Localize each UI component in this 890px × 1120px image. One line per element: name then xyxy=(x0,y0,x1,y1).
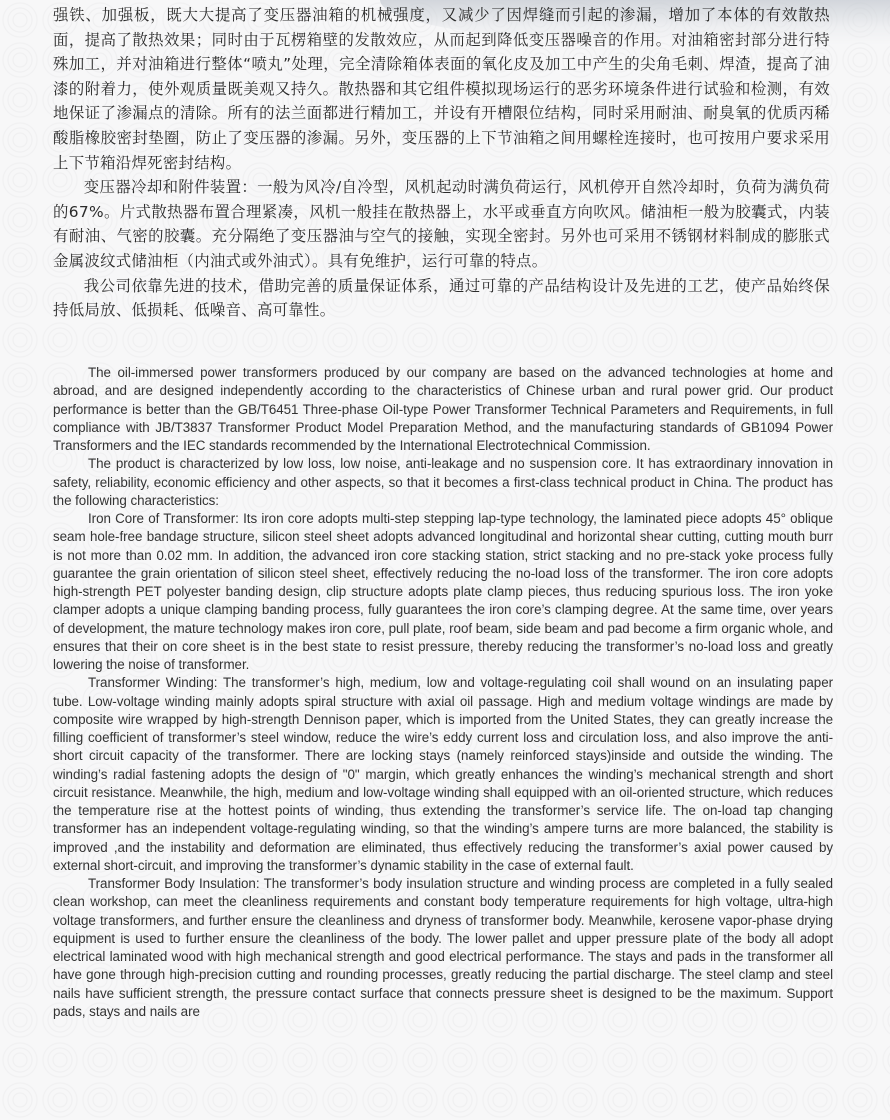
english-section: The oil-immersed power transformers prod… xyxy=(53,364,833,1021)
en-paragraph-iron-core: Iron Core of Transformer: Its iron core … xyxy=(53,510,833,674)
en-paragraph-body-insulation: Transformer Body Insulation: The transfo… xyxy=(53,875,833,1021)
en-paragraph-introduction: The oil-immersed power transformers prod… xyxy=(53,364,833,455)
cn-paragraph-company-quality: 我公司依靠先进的技术，借助完善的质量保证体系，通过可靠的产品结构设计及先进的工艺… xyxy=(53,274,830,323)
cn-paragraph-tank-structure: 强铁、加强板，既大大提高了变压器油箱的机械强度，又减少了因焊缝而引起的渗漏，增加… xyxy=(53,0,830,175)
cn-paragraph-cooling-accessories: 变压器冷却和附件装置：一般为风冷/自冷型，风机起动时满负荷运行，风机停开自然冷却… xyxy=(53,175,830,273)
en-paragraph-winding: Transformer Winding: The transformer’s h… xyxy=(53,674,833,875)
en-paragraph-characteristics: The product is characterized by low loss… xyxy=(53,455,833,510)
chinese-section: 强铁、加强板，既大大提高了变压器油箱的机械强度，又减少了因焊缝而引起的渗漏，增加… xyxy=(53,0,830,323)
